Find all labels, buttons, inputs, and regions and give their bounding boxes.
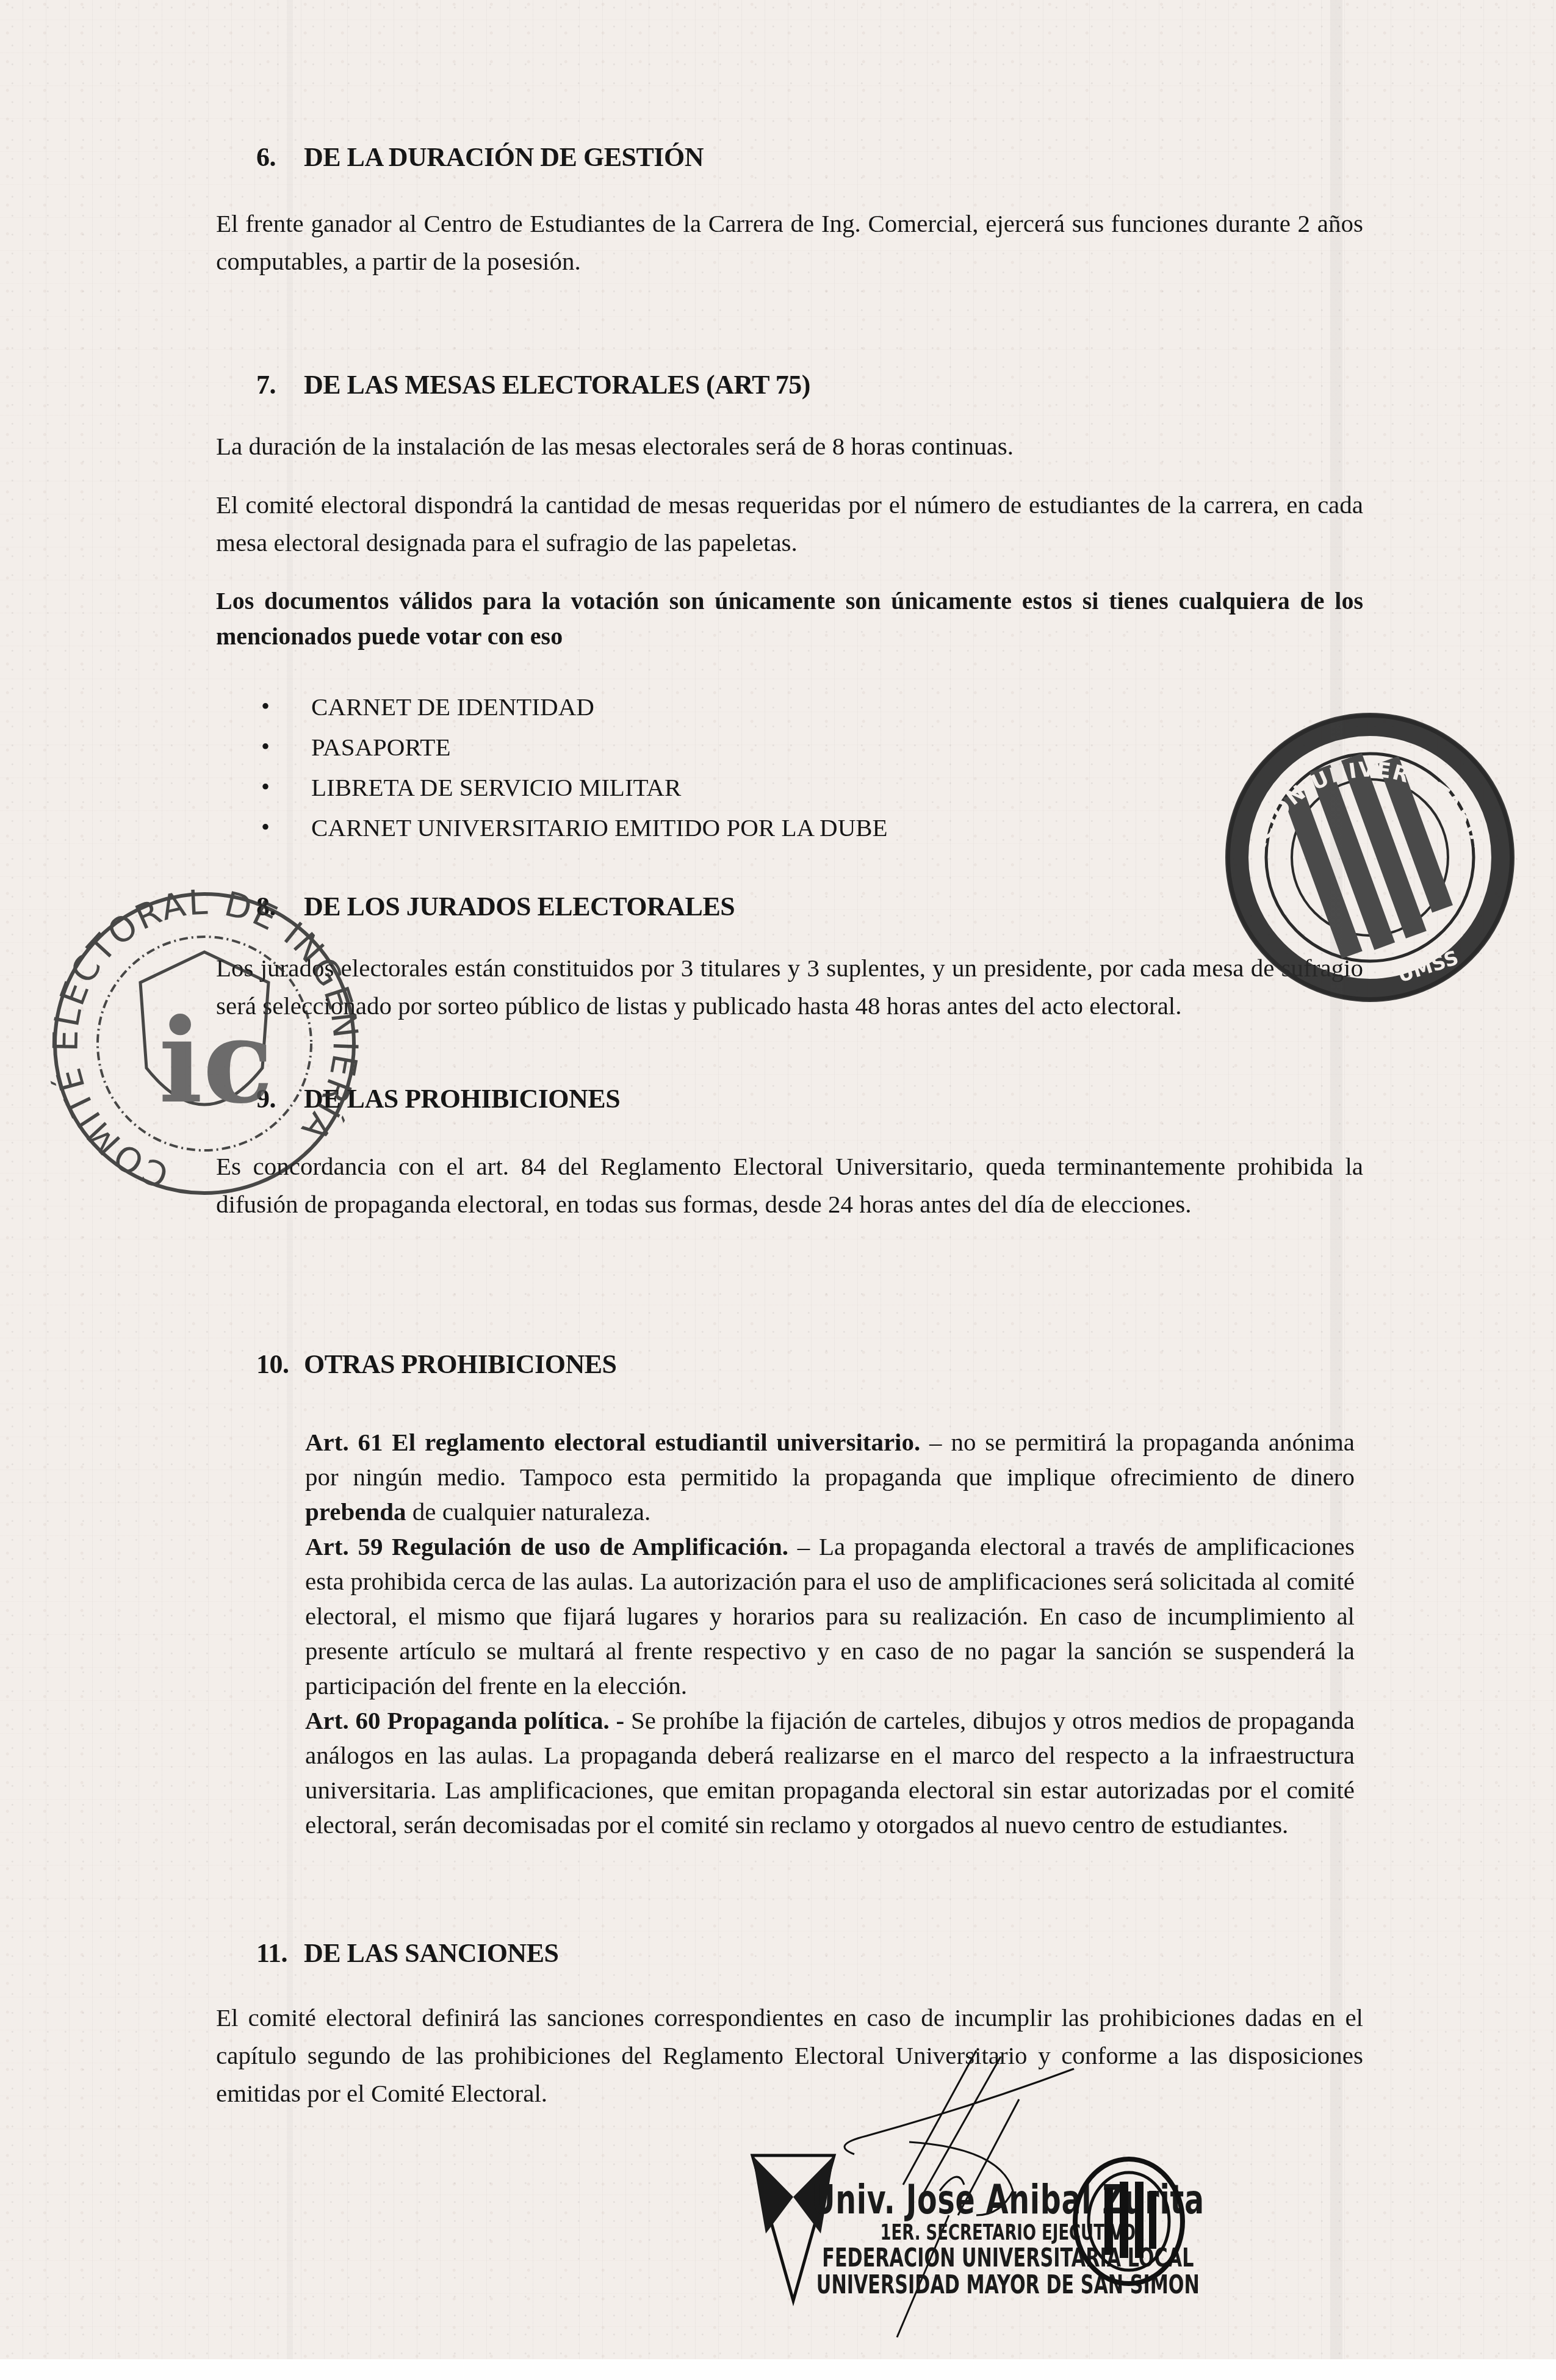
paragraph: Los jurados electorales están constituid… (216, 949, 1363, 1025)
section-7-body: La duración de la instalación de las mes… (216, 427, 1363, 654)
section-title: DE LAS MESAS ELECTORALES (ART 75) (304, 370, 810, 400)
scanned-page: 6.DE LA DURACIÓN DE GESTIÓN El frente ga… (0, 0, 1556, 2359)
valid-documents-intro: Los documentos válidos para la votación … (216, 583, 1363, 654)
list-item: PASAPORTE (250, 727, 888, 767)
section-title: OTRAS PROHIBICIONES (304, 1349, 617, 1379)
emphasis: prebenda (305, 1498, 406, 1526)
section-number: 11. (256, 1938, 304, 1969)
section-6-heading: 6.DE LA DURACIÓN DE GESTIÓN (256, 142, 704, 173)
section-title: DE LOS JURADOS ELECTORALES (304, 892, 735, 921)
federation-seal-small-icon (1071, 2154, 1187, 2288)
committee-stamp-icon: ic COMITÉ ELECTORAL DE INGENIERÍA COMERC… (49, 879, 366, 1196)
section-10-heading: 10.OTRAS PROHIBICIONES (256, 1349, 617, 1380)
paragraph: El comité electoral definirá las sancion… (216, 1999, 1363, 2112)
section-number: 7. (256, 369, 304, 400)
section-11-heading: 11.DE LAS SANCIONES (256, 1938, 558, 1969)
section-number: 6. (256, 142, 304, 173)
section-9-body: Es concordancia con el art. 84 del Regla… (216, 1147, 1363, 1223)
section-title: DE LAS SANCIONES (304, 1938, 558, 1968)
scan-margin (0, 2359, 1556, 2380)
paragraph: El frente ganador al Centro de Estudiant… (216, 204, 1363, 280)
list-item: LIBRETA DE SERVICIO MILITAR (250, 767, 888, 807)
list-item: CARNET DE IDENTIDAD (250, 687, 888, 727)
section-10-body: Art. 61 El reglamento electoral estudian… (305, 1425, 1355, 1842)
svg-text:ic: ic (159, 993, 273, 1129)
section-7-heading: 7.DE LAS MESAS ELECTORALES (ART 75) (256, 369, 810, 400)
section-11-body: El comité electoral definirá las sancion… (216, 1999, 1363, 2112)
paragraph: El comité electoral dispondrá la cantida… (216, 486, 1363, 561)
article-title: Art. 59 Regulación de uso de Amplificaci… (305, 1532, 788, 1560)
list-item: CARNET UNIVERSITARIO EMITIDO POR LA DUBE (250, 807, 888, 848)
section-8-body: Los jurados electorales están constituid… (216, 949, 1363, 1025)
section-6-body: El frente ganador al Centro de Estudiant… (216, 204, 1363, 280)
article-title: Art. 60 Propaganda política. - (305, 1706, 624, 1734)
svg-text:UMSS: UMSS (774, 2161, 813, 2176)
article-title: Art. 61 El reglamento electoral estudian… (305, 1428, 920, 1456)
section-title: DE LA DURACIÓN DE GESTIÓN (304, 142, 704, 172)
federation-stamp-icon: FEDERACIÓN UNIVERSITARIA LOCAL UMSS (1217, 705, 1522, 1010)
paragraph: Es concordancia con el art. 84 del Regla… (216, 1147, 1363, 1223)
article-61: Art. 61 El reglamento electoral estudian… (305, 1425, 1355, 1529)
article-59: Art. 59 Regulación de uso de Amplificaci… (305, 1529, 1355, 1703)
section-number: 10. (256, 1349, 304, 1380)
paragraph: La duración de la instalación de las mes… (216, 427, 1363, 465)
valid-documents-list: CARNET DE IDENTIDAD PASAPORTE LIBRETA DE… (250, 687, 888, 848)
article-60: Art. 60 Propaganda política. - Se prohíb… (305, 1703, 1355, 1842)
